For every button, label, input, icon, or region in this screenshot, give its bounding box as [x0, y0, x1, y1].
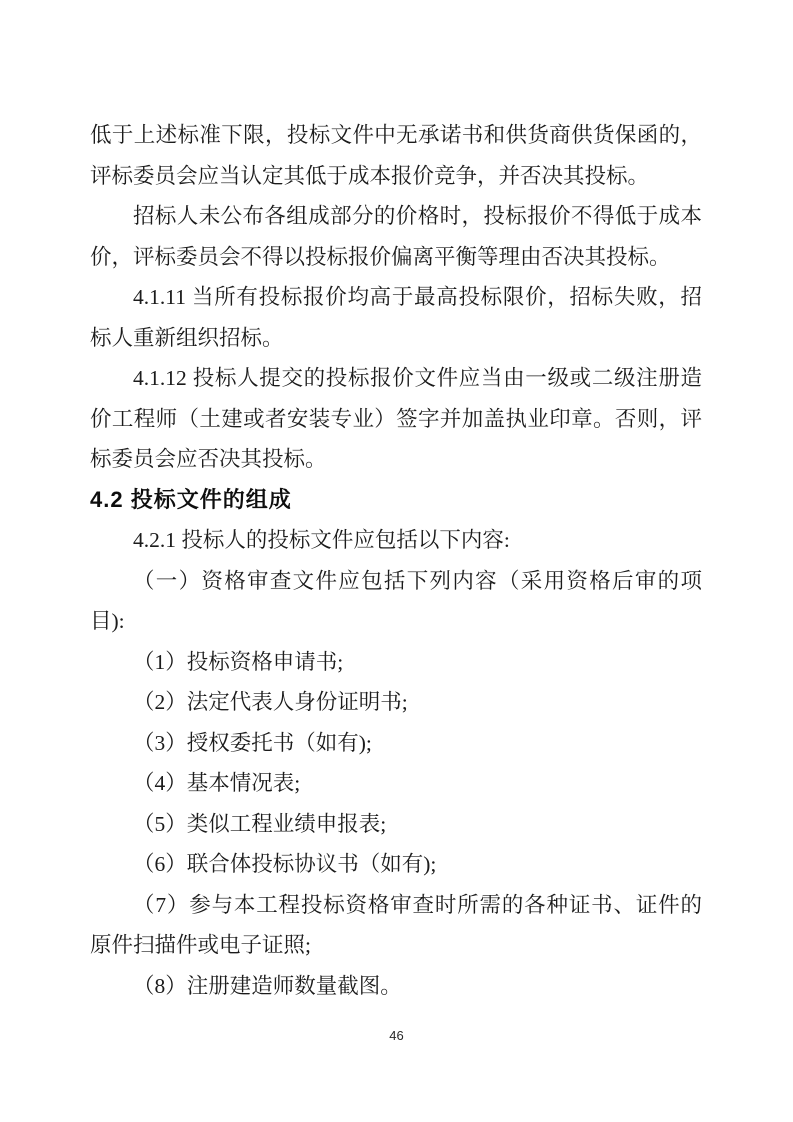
page-number: 46	[0, 1028, 793, 1043]
paragraph-clause-4-1-11: 4.1.11 当所有投标报价均高于最高投标限价，招标失败，招标人重新组织招标。	[90, 277, 702, 358]
paragraph-clause-4-2-1: 4.2.1 投标人的投标文件应包括以下内容:	[90, 520, 702, 561]
paragraph-continuation: 低于上述标准下限，投标文件中无承诺书和供货商供货保函的，评标委员会应当认定其低于…	[90, 115, 702, 196]
list-item-8: （8）注册建造师数量截图。	[90, 966, 702, 1007]
paragraph-clause-4-1-12: 4.1.12 投标人提交的投标报价文件应当由一级或二级注册造价工程师（土建或者安…	[90, 358, 702, 480]
list-item-1: （1）投标资格申请书;	[90, 642, 702, 683]
list-item-7: （7）参与本工程投标资格审查时所需的各种证书、证件的原件扫描件或电子证照;	[90, 885, 702, 966]
document-body: 低于上述标准下限，投标文件中无承诺书和供货商供货保函的，评标委员会应当认定其低于…	[90, 115, 702, 1006]
paragraph: 招标人未公布各组成部分的价格时，投标报价不得低于成本价，评标委员会不得以投标报价…	[90, 196, 702, 277]
list-item-5: （5）类似工程业绩申报表;	[90, 804, 702, 845]
list-item-6: （6）联合体投标协议书（如有);	[90, 844, 702, 885]
list-item-4: （4）基本情况表;	[90, 763, 702, 804]
paragraph-qualification-intro: （一）资格审查文件应包括下列内容（采用资格后审的项目):	[90, 561, 702, 642]
document-page: 低于上述标准下限，投标文件中无承诺书和供货商供货保函的，评标委员会应当认定其低于…	[0, 0, 793, 1122]
list-item-3: （3）授权委托书（如有);	[90, 723, 702, 764]
section-heading: 4.2 投标文件的组成	[90, 480, 702, 521]
list-item-2: （2）法定代表人身份证明书;	[90, 682, 702, 723]
